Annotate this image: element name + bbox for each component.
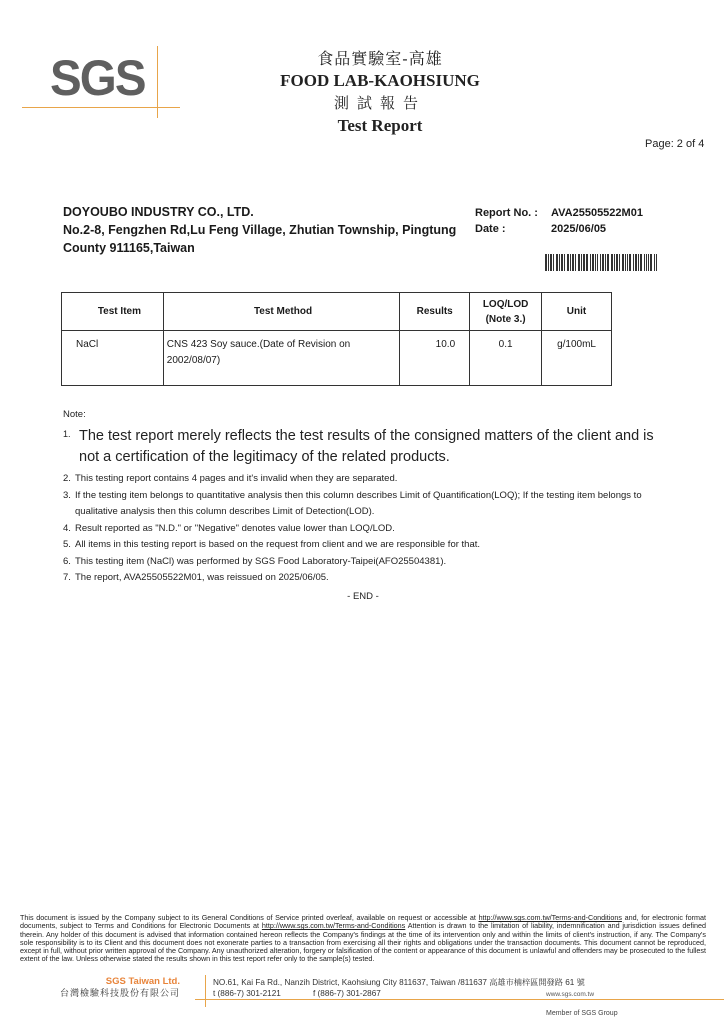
note-number: 7. [63, 570, 71, 587]
notes-label: Note: [63, 408, 663, 422]
header-unit: Unit [542, 293, 612, 331]
date-label: Date : [475, 221, 551, 237]
cell-test-method: CNS 423 Soy sauce.(Date of Revision on 2… [163, 331, 399, 386]
member-of-group: Member of SGS Group [546, 1010, 618, 1017]
client-block: DOYOUBO INDUSTRY CO., LTD. No.2-8, Fengz… [63, 203, 463, 257]
client-address-line1: No.2-8, Fengzhen Rd,Lu Feng Village, Zhu… [63, 221, 463, 239]
header-loq-lod: LOQ/LOD (Note 3.) [470, 293, 542, 331]
cell-unit: g/100mL [542, 331, 612, 386]
footer-company: SGS Taiwan Ltd. 台灣檢驗科技股份有限公司 [40, 976, 180, 1001]
client-name: DOYOUBO INDUSTRY CO., LTD. [63, 203, 463, 221]
footer-horizontal-rule [195, 999, 724, 1000]
client-address-line2: County 911165,Taiwan [63, 239, 463, 257]
cell-loq: 0.1 [470, 331, 542, 386]
table-header-row: Test Item Test Method Results LOQ/LOD (N… [62, 293, 612, 331]
report-no-value: AVA25505522M01 [551, 205, 643, 221]
cell-test-item: NaCl [62, 331, 164, 386]
header-loq-line2: (Note 3.) [470, 312, 541, 327]
notes-section: Note: 1. The test report merely reflects… [63, 408, 663, 605]
company-name-cn: 台灣檢驗科技股份有限公司 [40, 988, 180, 1001]
report-title-en: Test Report [250, 114, 510, 138]
telephone: t (886-7) 301-2121 [213, 989, 313, 999]
note-text: The report, AVA25505522M01, was reissued… [75, 572, 329, 583]
note-number: 2. [63, 471, 71, 488]
footer-vertical-rule [205, 975, 206, 1007]
note-text: This testing item (NaCl) was performed b… [75, 556, 446, 567]
page-number: Page: 2 of 4 [645, 138, 704, 150]
table-row: NaCl CNS 423 Soy sauce.(Date of Revision… [62, 331, 612, 386]
report-header: 食品實驗室-高雄 FOOD LAB-KAOHSIUNG 測試報告 Test Re… [250, 48, 510, 138]
fax: f (886-7) 301-2867 [313, 989, 381, 999]
note-number: 1. [63, 424, 71, 445]
logo-text: SGS [50, 50, 145, 106]
note-text: The test report merely reflects the test… [79, 428, 654, 465]
company-name-en: SGS Taiwan Ltd. [40, 976, 180, 988]
note-item-2: 2.This testing report contains 4 pages a… [63, 471, 663, 488]
note-text: If the testing item belongs to quantitat… [75, 490, 642, 518]
barcode [545, 254, 669, 271]
note-list: 2.This testing report contains 4 pages a… [63, 471, 663, 587]
note-item-4: 4.Result reported as "N.D." or "Negative… [63, 521, 663, 538]
note-item-1: 1. The test report merely reflects the t… [63, 426, 663, 468]
note-number: 5. [63, 537, 71, 554]
header-test-item: Test Item [62, 293, 164, 331]
report-title-cn: 測試報告 [250, 92, 510, 114]
note-number: 3. [63, 488, 71, 505]
results-table: Test Item Test Method Results LOQ/LOD (N… [61, 292, 612, 386]
note-number: 4. [63, 521, 71, 538]
report-meta: Report No. : AVA25505522M01 Date : 2025/… [475, 205, 643, 237]
note-item-3: 3.If the testing item belongs to quantit… [63, 488, 663, 521]
sgs-logo: SGS [0, 40, 200, 130]
report-no-label: Report No. : [475, 205, 551, 221]
logo-vertical-rule [157, 46, 158, 118]
note-text: All items in this testing report is base… [75, 539, 480, 550]
note-number: 6. [63, 554, 71, 571]
lab-title-cn: 食品實驗室-高雄 [250, 48, 510, 70]
website[interactable]: www.sgs.com.tw [546, 991, 594, 998]
header-loq-line1: LOQ/LOD [470, 297, 541, 312]
note-item-6: 6.This testing item (NaCl) was performed… [63, 554, 663, 571]
end-marker: - END - [63, 589, 663, 605]
header-results: Results [400, 293, 470, 331]
legal-disclaimer: This document is issued by the Company s… [20, 914, 706, 964]
date-value: 2025/06/05 [551, 221, 606, 237]
lab-title-en: FOOD LAB-KAOHSIUNG [250, 70, 510, 92]
note-text: This testing report contains 4 pages and… [75, 473, 397, 484]
header-test-method: Test Method [163, 293, 399, 331]
company-contact: t (886-7) 301-2121 f (886-7) 301-2867 [213, 989, 381, 999]
company-address: NO.61, Kai Fa Rd., Nanzih District, Kaoh… [213, 977, 585, 989]
cell-results: 10.0 [400, 331, 470, 386]
note-item-7: 7.The report, AVA25505522M01, was reissu… [63, 570, 663, 587]
note-text: Result reported as "N.D." or "Negative" … [75, 523, 395, 534]
note-item-5: 5.All items in this testing report is ba… [63, 537, 663, 554]
